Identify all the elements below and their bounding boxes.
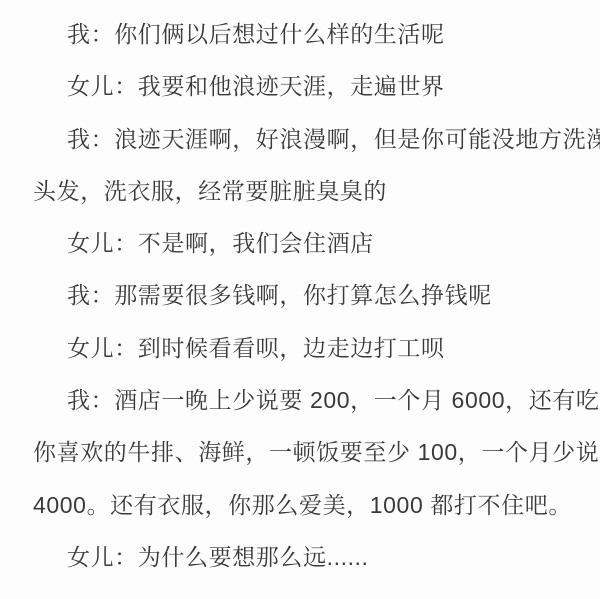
dialogue-line: 我：酒店一晚上少说要 200，一个月 6000，还有吃饭， (0, 374, 600, 426)
dialogue-line: 女儿：到时候看看呗，边走边打工呗 (0, 322, 600, 374)
dialogue-line: 头发，洗衣服，经常要脏脏臭臭的 (0, 165, 600, 217)
dialogue-line: 我：那需要很多钱啊，你打算怎么挣钱呢 (0, 269, 600, 321)
dialogue-line: 女儿：我要和他浪迹天涯，走遍世界 (0, 60, 600, 112)
dialogue-line: 女儿：不是啊，我们会住酒店 (0, 217, 600, 269)
dialogue-text: 我：你们俩以后想过什么样的生活呢女儿：我要和他浪迹天涯，走遍世界我：浪迹天涯啊，… (0, 0, 600, 583)
dialogue-line: 我：浪迹天涯啊，好浪漫啊，但是你可能没地方洗澡，洗 (0, 113, 600, 165)
dialogue-page: 我：你们俩以后想过什么样的生活呢女儿：我要和他浪迹天涯，走遍世界我：浪迹天涯啊，… (0, 0, 600, 599)
dialogue-line: 4000。还有衣服，你那么爱美，1000 都打不住吧。 (0, 479, 600, 531)
dialogue-line: 女儿：为什么要想那么远...... (0, 531, 600, 583)
dialogue-line: 你喜欢的牛排、海鲜，一顿饭要至少 100，一个月少说也要 (0, 426, 600, 478)
dialogue-line: 我：你们俩以后想过什么样的生活呢 (0, 8, 600, 60)
